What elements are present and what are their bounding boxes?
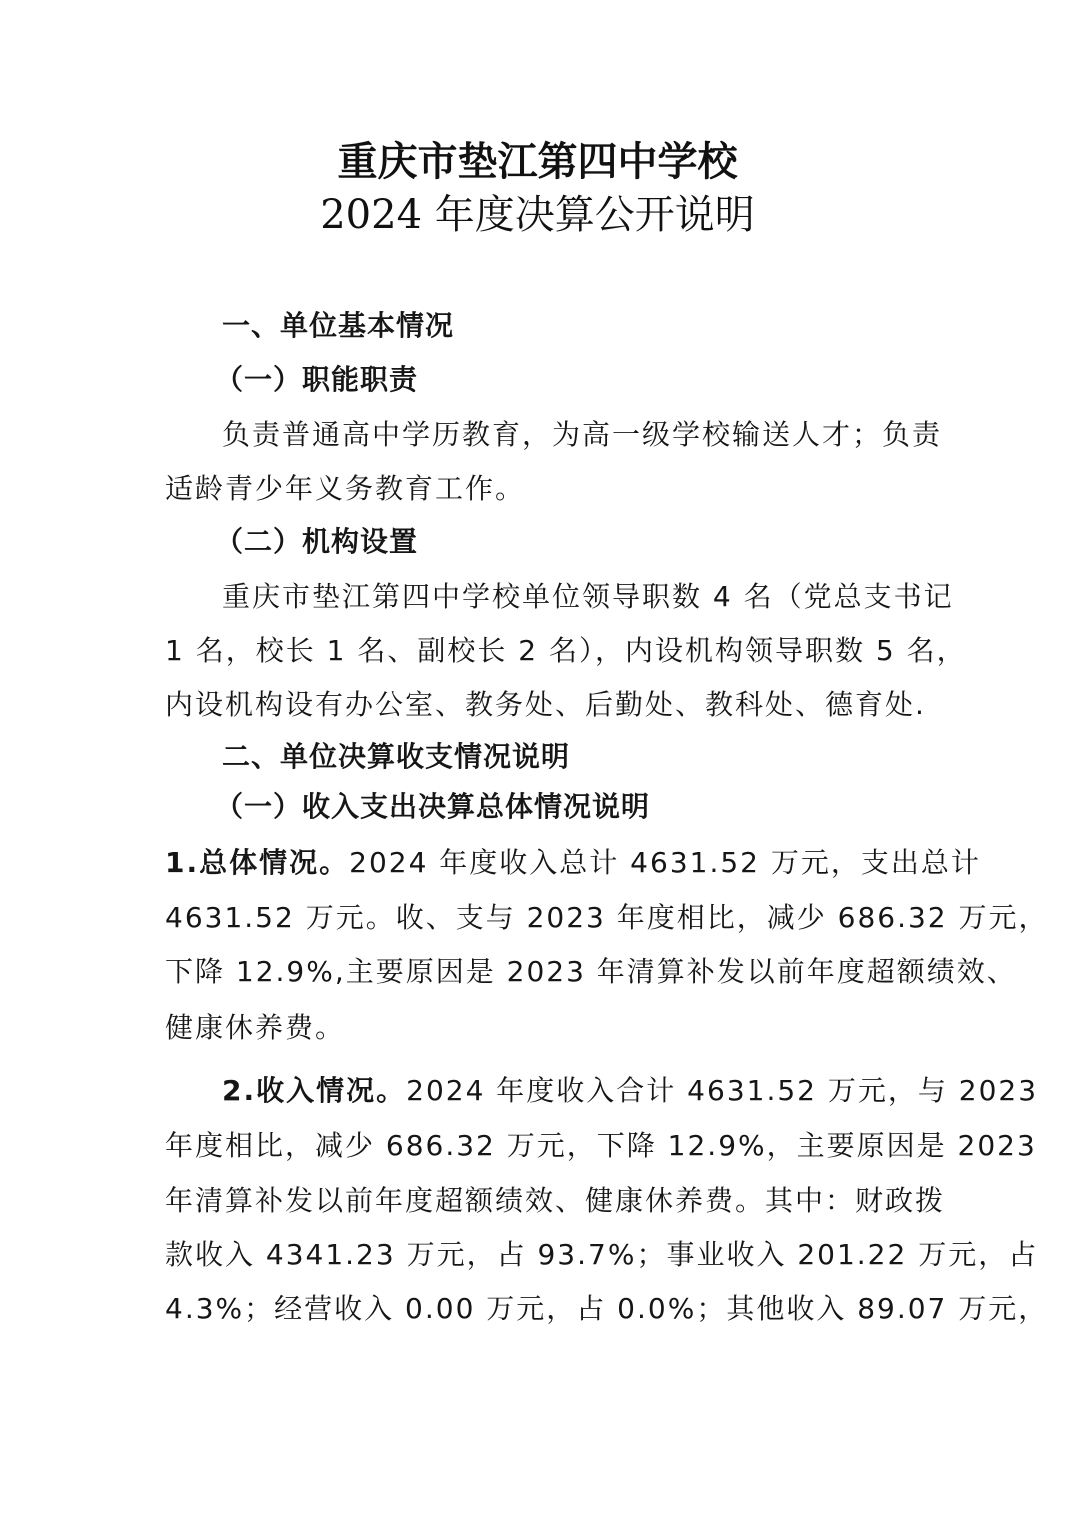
paragraph-line: 内设机构设有办公室、教务处、后勤处、教科处、德育处. xyxy=(165,685,915,725)
section-heading-2: 二、单位决算收支情况说明 xyxy=(222,737,972,777)
paragraph-line: 2.收入情况。2024 年度收入合计 4631.52 万元，与 2023 xyxy=(222,1071,972,1111)
paragraph-line: 年清算补发以前年度超额绩效、健康休养费。其中：财政拨 xyxy=(165,1181,915,1221)
item-text: 2024 年度收入合计 4631.52 万元，与 2023 xyxy=(406,1074,1038,1107)
section-heading-1: 一、单位基本情况 xyxy=(222,306,972,346)
item-lead-income: 2.收入情况。 xyxy=(222,1074,406,1107)
paragraph-line: 1 名，校长 1 名、副校长 2 名），内设机构领导职数 5 名， xyxy=(165,631,915,671)
paragraph-line: 4631.52 万元。收、支与 2023 年度相比，减少 686.32 万元， xyxy=(165,898,915,938)
subsection-heading-overview: （一）收入支出决算总体情况说明 xyxy=(215,787,965,827)
paragraph-line: 重庆市垫江第四中学校单位领导职数 4 名（党总支书记 xyxy=(222,577,972,617)
subsection-heading-duties: （一）职能职责 xyxy=(215,360,965,400)
paragraph-line: 1.总体情况。2024 年度收入总计 4631.52 万元，支出总计 xyxy=(165,843,915,883)
document-title-line2: 2024 年度决算公开说明 xyxy=(0,186,1075,244)
document-title-line1: 重庆市垫江第四中学校 xyxy=(0,133,1075,191)
item-text: 2024 年度收入总计 4631.52 万元，支出总计 xyxy=(349,846,981,879)
paragraph-line: 下降 12.9%,主要原因是 2023 年清算补发以前年度超额绩效、 xyxy=(165,952,915,992)
item-lead-overall: 1.总体情况。 xyxy=(165,846,349,879)
paragraph-line: 款收入 4341.23 万元，占 93.7%；事业收入 201.22 万元，占 xyxy=(165,1235,915,1275)
subsection-heading-organization: （二）机构设置 xyxy=(215,522,965,562)
paragraph-line: 负责普通高中学历教育，为高一级学校输送人才；负责 xyxy=(222,415,972,455)
paragraph-line: 4.3%；经营收入 0.00 万元，占 0.0%；其他收入 89.07 万元， xyxy=(165,1289,915,1329)
paragraph-line: 健康休养费。 xyxy=(165,1008,915,1048)
paragraph-line: 年度相比，减少 686.32 万元，下降 12.9%，主要原因是 2023 xyxy=(165,1126,915,1166)
paragraph-line: 适龄青少年义务教育工作。 xyxy=(165,469,915,509)
